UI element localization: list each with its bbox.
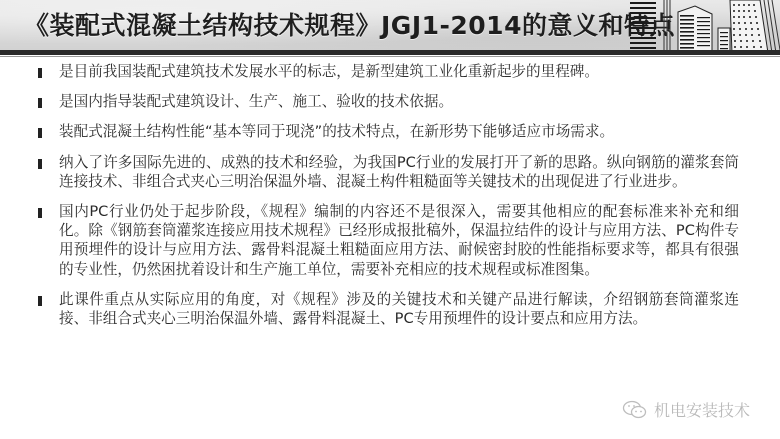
slide-title: 《装配式混凝土结构技术规程》JGJ1-2014的意义和特点 — [24, 6, 675, 42]
list-item: 装配式混凝土结构性能“基本等同于现浇”的技术特点，在新形势下能够适应市场需求。 — [38, 122, 748, 141]
watermark: 机电安装技术 — [622, 398, 750, 421]
list-item-text: 此课件重点从实际应用的角度，对《规程》涉及的关键技术和关键产品进行解读，介绍钢筋… — [59, 290, 739, 328]
list-item: 国内PC行业仍处于起步阶段，《规程》编制的内容还不是很深入，需要其他相应的配套标… — [38, 202, 748, 279]
bullet-marker-icon — [38, 208, 42, 218]
bullet-marker-icon — [38, 68, 42, 78]
watermark-text: 机电安装技术 — [654, 398, 750, 421]
list-item-text: 纳入了许多国际先进的、成熟的技术和经验，为我国PC行业的发展打开了新的思路。纵向… — [59, 153, 739, 191]
header-divider-thin — [0, 56, 780, 57]
wechat-icon — [622, 400, 648, 420]
list-item-text: 是目前我国装配式建筑技术发展水平的标志，是新型建筑工业化重新起步的里程碑。 — [59, 62, 739, 81]
slide-header: 《装配式混凝土结构技术规程》JGJ1-2014的意义和特点 — [0, 0, 780, 50]
list-item-text: 国内PC行业仍处于起步阶段，《规程》编制的内容还不是很深入，需要其他相应的配套标… — [59, 202, 739, 279]
building-skyline-icon — [600, 0, 780, 50]
list-item: 是目前我国装配式建筑技术发展水平的标志，是新型建筑工业化重新起步的里程碑。 — [38, 62, 748, 81]
bullet-marker-icon — [38, 98, 42, 108]
bullet-marker-icon — [38, 296, 42, 306]
bullet-marker-icon — [38, 128, 42, 138]
bullet-marker-icon — [38, 159, 42, 169]
header-divider — [0, 50, 780, 55]
list-item-text: 装配式混凝土结构性能“基本等同于现浇”的技术特点，在新形势下能够适应市场需求。 — [59, 122, 739, 141]
list-item-text: 是国内指导装配式建筑设计、生产、施工、验收的技术依据。 — [59, 92, 739, 111]
list-item: 纳入了许多国际先进的、成熟的技术和经验，为我国PC行业的发展打开了新的思路。纵向… — [38, 153, 748, 191]
list-item: 是国内指导装配式建筑设计、生产、施工、验收的技术依据。 — [38, 92, 748, 111]
list-item: 此课件重点从实际应用的角度，对《规程》涉及的关键技术和关键产品进行解读，介绍钢筋… — [38, 290, 748, 328]
bullet-list: 是目前我国装配式建筑技术发展水平的标志，是新型建筑工业化重新起步的里程碑。 是国… — [38, 62, 748, 339]
